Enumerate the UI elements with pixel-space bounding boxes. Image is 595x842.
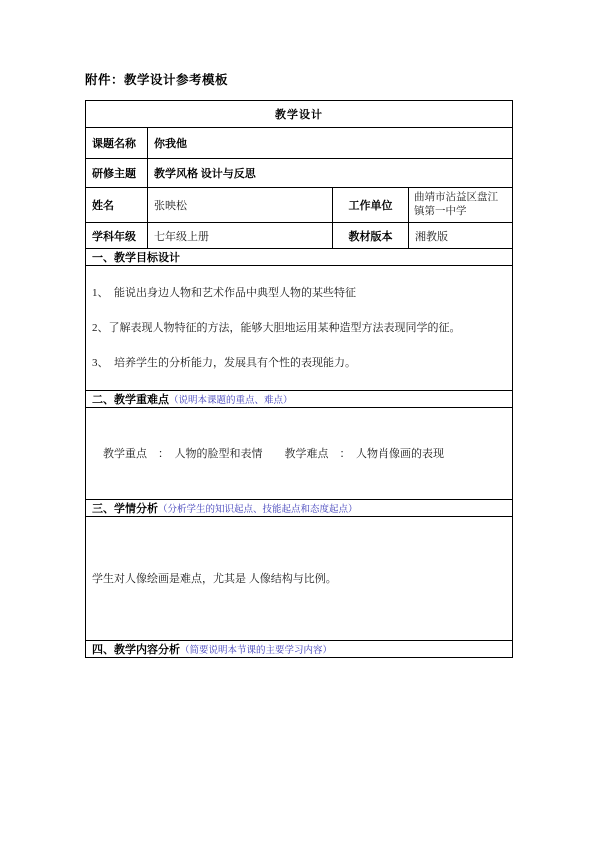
- section-content-key-points: 教学重点 ： 人物的脸型和表情 教学难点 ： 人物肖像画的表现: [86, 408, 513, 500]
- table-row: 二、教学重难点（说明本课题的重点、难点）: [86, 391, 513, 408]
- section-content-objectives: 1、 能说出身边人物和艺术作品中典型人物的某些特征 2、了解表现人物特征的方法，…: [86, 266, 513, 391]
- name-value: 张映松: [148, 188, 333, 223]
- attachment-title: 附件：教学设计参考模板: [85, 70, 228, 88]
- section-heading-text: 二、教学重难点: [92, 394, 169, 406]
- grade-label: 学科年级: [86, 223, 148, 249]
- table-row: 研修主题 教学风格 设计与反思: [86, 159, 513, 188]
- topic-label: 课题名称: [86, 128, 148, 159]
- table-row: 教学重点 ： 人物的脸型和表情 教学难点 ： 人物肖像画的表现: [86, 408, 513, 500]
- theme-value: 教学风格 设计与反思: [148, 159, 513, 188]
- section-note: （分析学生的知识起点、技能起点和态度起点）: [158, 505, 358, 515]
- theme-label: 研修主题: [86, 159, 148, 188]
- table-row: 三、学情分析（分析学生的知识起点、技能起点和态度起点）: [86, 500, 513, 517]
- key-points-text: 教学重点 ： 人物的脸型和表情 教学难点 ： 人物肖像画的表现: [92, 439, 506, 469]
- section-note: （简要说明本节课的主要学习内容）: [180, 646, 332, 656]
- teaching-design-table: 教学设计 课题名称 你我他 研修主题 教学风格 设计与反思 姓名 张映松 工作单…: [85, 100, 513, 658]
- section-note: （说明本课题的重点、难点）: [169, 396, 293, 406]
- table-row: 1、 能说出身边人物和艺术作品中典型人物的某些特征 2、了解表现人物特征的方法，…: [86, 266, 513, 391]
- topic-value: 你我他: [148, 128, 513, 159]
- section-content-learner-analysis: 学生对人像绘画是难点，尤其是 人像结构与比例。: [86, 517, 513, 641]
- objective-line: 3、 培养学生的分析能力，发展具有个性的表现能力。: [92, 346, 506, 381]
- section-heading-text: 三、学情分析: [92, 503, 158, 515]
- section-heading-objectives: 一、教学目标设计: [86, 249, 513, 266]
- grade-value: 七年级上册: [148, 223, 333, 249]
- section-heading-content-analysis: 四、教学内容分析（简要说明本节课的主要学习内容）: [86, 641, 513, 658]
- workunit-label: 工作单位: [333, 188, 409, 223]
- section-heading-learner-analysis: 三、学情分析（分析学生的知识起点、技能起点和态度起点）: [86, 500, 513, 517]
- table-row: 学科年级 七年级上册 教材版本 湘教版: [86, 223, 513, 249]
- section-heading-text: 四、教学内容分析: [92, 644, 180, 656]
- table-title: 教学设计: [86, 101, 513, 128]
- table-row: 学生对人像绘画是难点，尤其是 人像结构与比例。: [86, 517, 513, 641]
- table-row: 四、教学内容分析（简要说明本节课的主要学习内容）: [86, 641, 513, 658]
- table-row: 教学设计: [86, 101, 513, 128]
- textbook-value: 湘教版: [409, 223, 513, 249]
- objective-line: 1、 能说出身边人物和艺术作品中典型人物的某些特征: [92, 276, 506, 311]
- objective-line: 2、了解表现人物特征的方法，能够大胆地运用某种造型方法表现同学的征。: [92, 311, 506, 346]
- section-heading-text: 一、教学目标设计: [92, 252, 180, 264]
- section-heading-key-points: 二、教学重难点（说明本课题的重点、难点）: [86, 391, 513, 408]
- name-label: 姓名: [86, 188, 148, 223]
- document-page: 附件：教学设计参考模板 教学设计 课题名称 你我他 研修主题 教学风格 设计与反…: [0, 0, 595, 842]
- learner-analysis-text: 学生对人像绘画是难点，尤其是 人像结构与比例。: [92, 564, 506, 594]
- table-row: 一、教学目标设计: [86, 249, 513, 266]
- textbook-label: 教材版本: [333, 223, 409, 249]
- table-row: 课题名称 你我他: [86, 128, 513, 159]
- table-row: 姓名 张映松 工作单位 曲靖市沾益区盘江镇第一中学: [86, 188, 513, 223]
- workunit-value: 曲靖市沾益区盘江镇第一中学: [409, 188, 513, 223]
